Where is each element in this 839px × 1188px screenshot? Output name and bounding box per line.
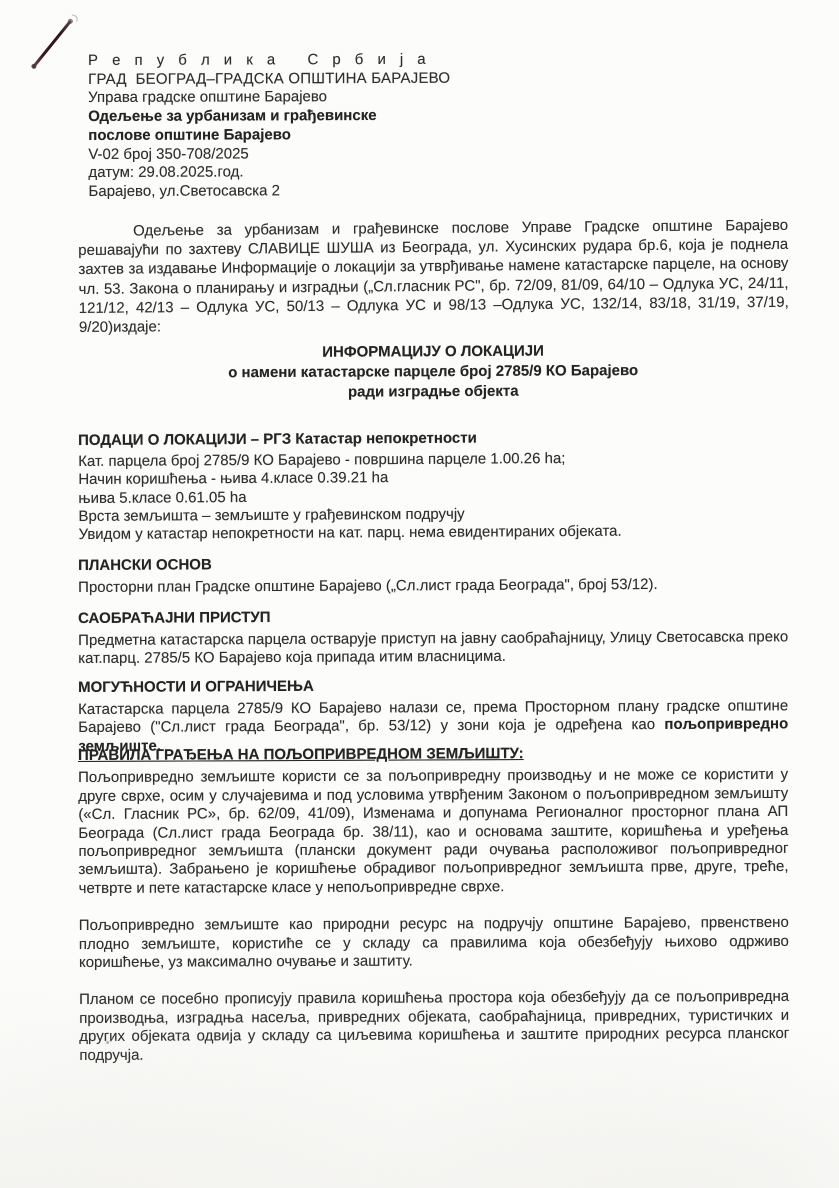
intro-paragraph: Одељење за урбанизам и грађевинске посло… [78,216,789,337]
document-title: ИНФОРМАЦИЈУ О ЛОКАЦИЈИ о намени катастар… [78,340,788,404]
section-location-data-heading: ПОДАЦИ О ЛОКАЦИЈИ – РГЗ Катастар непокре… [78,428,788,451]
document-title-line3: ради изградње објекта [78,380,788,404]
section-location-data: ПОДАЦИ О ЛОКАЦИЈИ – РГЗ Катастар непокре… [78,428,789,545]
letterhead-country: Р е п у б л и к а С р б и ј а [88,50,518,70]
letterhead-department-line2: послове општине Барајево [88,125,518,145]
planning-basis-body: Просторни план Градске општине Барајево … [78,575,788,597]
letterhead-department-line1: Одељење за урбанизам и грађевинске [88,107,518,127]
scan-smudge-mark [104,1035,116,1045]
section-possibilities-heading: МОГУЋНОСТИ И ОГРАНИЧЕЊА [78,675,788,697]
document-page: Р е п у б л и к а С р б и ј а ГРАД БЕОГР… [0,0,839,1188]
building-rules-paragraph-1: Пољопривредно земљиште користи се за пољ… [78,766,789,898]
pen-stroke-mark [32,20,72,69]
section-building-rules: ПРАВИЛА ГРАЂЕЊА НА ПОЉОПРИВРЕДНОМ ЗЕМЉИШ… [78,744,789,1065]
section-planning-basis-heading: ПЛАНСКИ ОСНОВ [78,553,788,575]
letterhead-administration: Управа градске општине Барајево [88,88,518,108]
letterhead-date: датум: 29.08.2025.год. [88,163,518,183]
section-traffic-access-heading: САОБРАЋАЈНИ ПРИСТУП [78,606,788,628]
cadastre-note-line: Увидом у катастар непокретности на кат. … [79,522,789,545]
section-building-rules-heading: ПРАВИЛА ГРАЂЕЊА НА ПОЉОПРИВРЕДНОМ ЗЕМЉИШ… [78,744,788,766]
letterhead-case-number: V-02 број 350-708/2025 [88,144,518,164]
letterhead-city-municipality: ГРАД БЕОГРАД–ГРАДСКА ОПШТИНА БАРАЈЕВО [88,69,518,89]
section-planning-basis: ПЛАНСКИ ОСНОВ Просторни план Градске опш… [78,553,788,597]
letterhead-address: Барајево, ул.Светосавска 2 [88,181,518,201]
section-traffic-access: САОБРАЋАЈНИ ПРИСТУП Предметна катастарск… [78,606,788,669]
letterhead: Р е п у б л и к а С р б и ј а ГРАД БЕОГР… [88,50,519,201]
building-rules-paragraph-2: Пољопривредно земљиште као природни ресу… [79,914,789,972]
building-rules-paragraph-3: Планом се посебно прописују правила кори… [79,988,789,1065]
traffic-access-body: Предметна катастарска парцела остварује … [78,628,788,669]
